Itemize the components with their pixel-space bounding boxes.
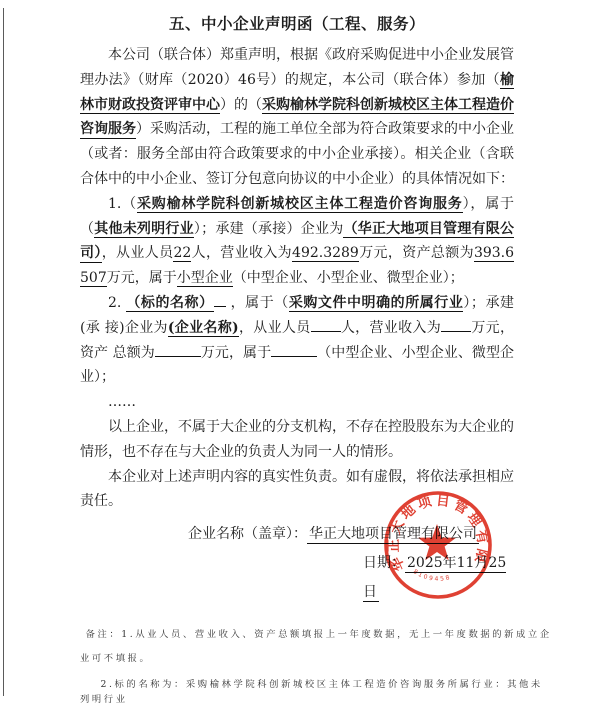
body-text: 1.（ — [108, 196, 137, 212]
emphasized-text: 492.3289 — [292, 245, 359, 262]
paragraph: 本公司（联合体）郑重声明，根据《政府采购促进中小企业发展管理办法》（财库（202… — [80, 43, 514, 192]
page-left-edge-line — [3, 8, 4, 696]
declaration-document-page: 五、中小企业声明函（工程、服务） 本公司（联合体）郑重声明，根据《政府采购促进中… — [0, 0, 592, 728]
blank-underline — [311, 318, 341, 332]
emphasized-text: 小型企业 — [177, 270, 233, 287]
emphasized-text: 其他未列明行业 — [94, 221, 194, 239]
emphasized-text: (企业名称) — [168, 320, 239, 338]
stamp-graphic: 华正大地项目管理有限公司 8109458 — [381, 487, 491, 597]
paragraph: 2. （标的名称） ，属于（采购文件中明确的所属行业）；承建(承 接)企业为(企… — [80, 291, 514, 390]
footnote-1: 备注：1.从业人员、营业收入、资产总额填报上一年度数据，无上一年度数据的新成立企… — [80, 623, 554, 671]
emphasized-text: 采购榆林学院科创新城校区主体工程造价咨询服务 — [137, 196, 463, 214]
svg-text:8109458: 8109458 — [412, 568, 453, 582]
body-text: 万元，资产总额为 — [359, 245, 474, 261]
body-text: ）的（ — [220, 97, 262, 113]
body-text: 2. — [108, 295, 126, 311]
body-text: 人，营业收入为 — [191, 245, 292, 261]
paragraph: 以上企业，不属于大企业的分支机构，不存在控股股东为大企业的情形，也不存在与大企业… — [80, 415, 514, 465]
body-text: 万元，属于 — [201, 345, 271, 361]
document-body: 本公司（联合体）郑重声明，根据《政府采购促进中小企业发展管理办法》（财库（202… — [80, 43, 514, 514]
body-text: ，属于（ — [226, 295, 289, 311]
company-seal-stamp: 华正大地项目管理有限公司 8109458 — [381, 487, 496, 605]
paragraph: 1.（采购榆林学院科创新城校区主体工程造价咨询服务），属于（其他未列明行业）；承… — [80, 192, 514, 291]
body-text: …… — [108, 394, 136, 410]
body-text: ）；承建（承接）企业为 — [194, 221, 344, 237]
body-text: 以上企业，不属于大企业的分支机构，不存在控股股东为大企业的情形，也不存在与大企业… — [80, 419, 514, 460]
company-seal-label: 企业名称（盖章）： — [188, 526, 307, 542]
blank-underline — [155, 343, 201, 357]
emphasized-text: （标的名称） — [126, 295, 213, 313]
stamp-star-icon — [418, 524, 456, 560]
body-text: 本公司（联合体）郑重声明，根据《政府采购促进中小企业发展管理办法》（财库（202… — [80, 47, 514, 88]
body-text: 万元，属于 — [107, 270, 177, 286]
body-text: （中型企业、小型企业、微型企业）； — [233, 270, 464, 286]
blank-underline — [441, 318, 471, 332]
emphasized-text: 采购文件中明确的所属行业 — [289, 295, 464, 313]
footnote-2: 2.标的名称为：采购榆林学院科创新城校区主体工程造价咨询服务所属行业：其他未列明… — [80, 677, 554, 707]
body-text: 人，营业收入为 — [341, 320, 442, 336]
body-text: ）采购活动，工程的施工单位全部为符合政策要求的中小企业（或者：服务全部由符合政策… — [80, 121, 514, 187]
body-text: ，从业人员 — [102, 245, 174, 261]
footnotes: 备注：1.从业人员、营业收入、资产总额填报上一年度数据，无上一年度数据的新成立企… — [80, 623, 554, 707]
stamp-code: 8109458 — [412, 568, 453, 582]
paragraph: …… — [80, 390, 514, 415]
blank-underline — [271, 343, 317, 357]
emphasized-text: 22 — [173, 245, 191, 262]
body-text: ，从业人员 — [239, 320, 311, 336]
blank-underline — [214, 293, 226, 307]
document-title: 五、中小企业声明函（工程、服务） — [80, 12, 514, 34]
